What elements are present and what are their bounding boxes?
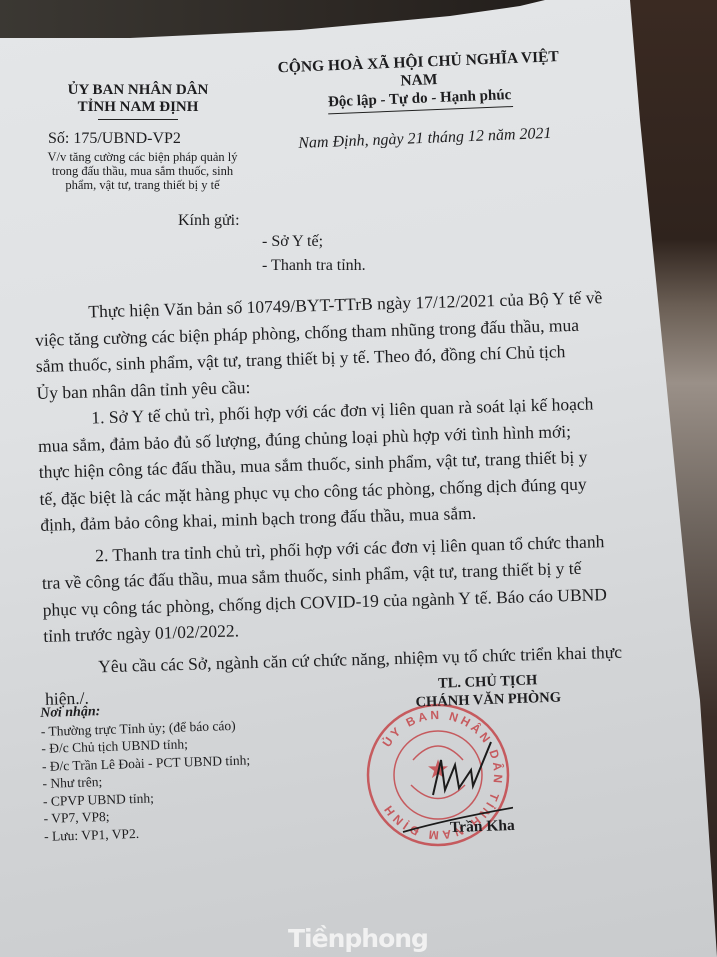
- place-date: Nam Định, ngày 21 tháng 12 năm 2021: [298, 125, 552, 153]
- addressee-recipient: - Sở Y tế;: [262, 233, 323, 251]
- addressee-recipient: - Thanh tra tỉnh.: [262, 257, 366, 275]
- document-subject: V/v tăng cường các biện pháp quản lý tro…: [40, 150, 245, 192]
- distribution-list: Nơi nhận: - Thường trực Tỉnh ủy; (để báo…: [40, 698, 253, 844]
- national-header: CỘNG HOÀ XÃ HỘI CHỦ NGHĨA VIỆT NAM Độc l…: [263, 48, 575, 117]
- issuer-line-2: TỈNH NAM ĐỊNH: [48, 99, 228, 116]
- subject-line: phẩm, vật tư, trang thiết bị y tế: [40, 178, 245, 192]
- issuer-line-1: ỦY BAN NHÂN DÂN: [48, 82, 228, 99]
- publisher-watermark: Tiềnphong: [288, 924, 428, 953]
- issuer-header: ỦY BAN NHÂN DÂN TỈNH NAM ĐỊNH: [48, 82, 228, 120]
- issuer-underline: [98, 119, 178, 120]
- subject-line: V/v tăng cường các biện pháp quản lý: [40, 150, 245, 164]
- signature-title: TL. CHỦ TỊCH CHÁNH VĂN PHÒNG: [397, 670, 578, 712]
- addressee-label: Kính gửi:: [178, 212, 240, 230]
- document-page: ỦY BAN NHÂN DÂN TỈNH NAM ĐỊNH Số: 175/UB…: [0, 0, 717, 957]
- signer-name: Trần Kha: [450, 817, 515, 837]
- subject-line: trong đấu thầu, mua sắm thuốc, sinh: [40, 164, 245, 178]
- document-body: Thực hiện Văn bản số 10749/BYT-TTrB ngày…: [34, 283, 645, 712]
- document-number: Số: 175/UBND-VP2: [48, 130, 181, 148]
